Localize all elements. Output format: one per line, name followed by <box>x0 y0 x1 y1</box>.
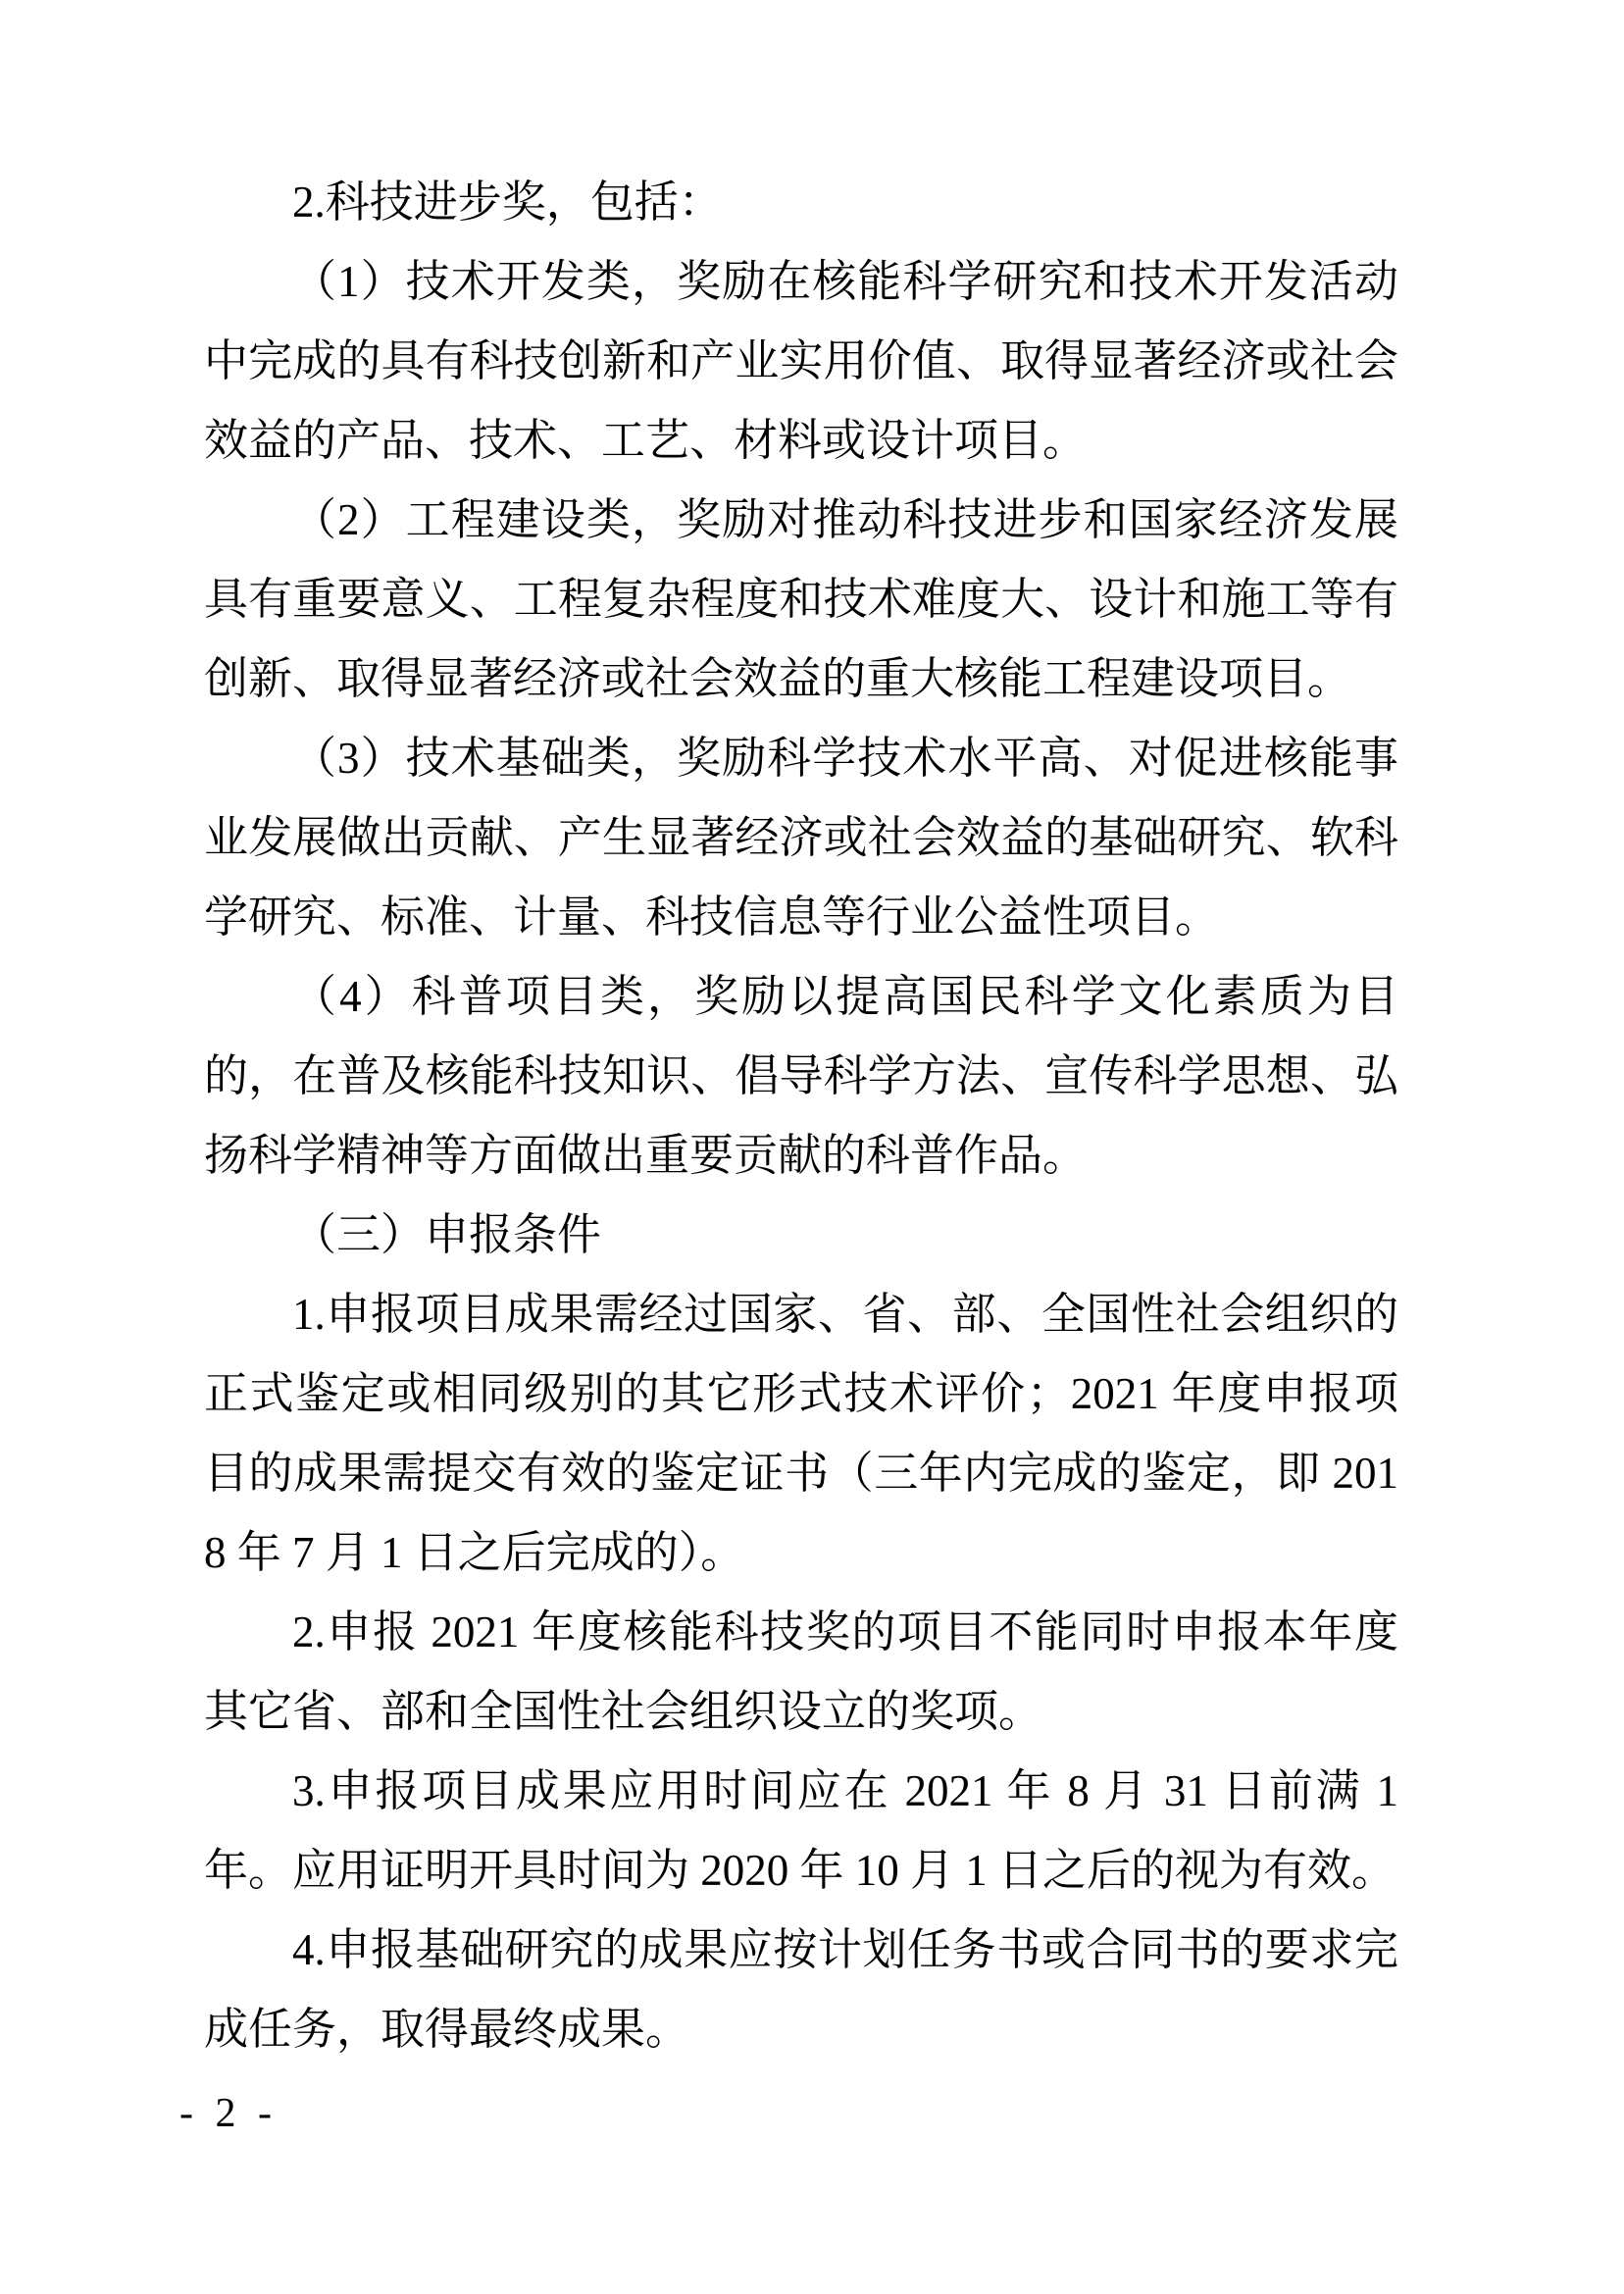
document-page: 2.科技进步奖，包括： （1）技术开发类，奖励在核能科学研究和技术开发活动中完成… <box>0 0 1624 2294</box>
paragraph-category-2-engineering: （2）工程建设类，奖励对推动科技进步和国家经济发展具有重要意义、工程复杂程度和技… <box>204 481 1398 719</box>
paragraph-condition-3: 3.申报项目成果应用时间应在 2021 年 8 月 31 日前满 1 年。应用证… <box>204 1752 1398 1911</box>
paragraph-category-1-tech-development: （1）技术开发类，奖励在核能科学研究和技术开发活动中完成的具有科技创新和产业实用… <box>204 242 1398 481</box>
paragraph-condition-2: 2.申报 2021 年度核能科技奖的项目不能同时申报本年度其它省、部和全国性社会… <box>204 1593 1398 1752</box>
document-body: 2.科技进步奖，包括： （1）技术开发类，奖励在核能科学研究和技术开发活动中完成… <box>204 163 1398 2069</box>
page-number: - 2 - <box>179 2087 278 2140</box>
paragraph-condition-4: 4.申报基础研究的成果应按计划任务书或合同书的要求完成任务，取得最终成果。 <box>204 1911 1398 2069</box>
paragraph-award-type-heading: 2.科技进步奖，包括： <box>204 163 1398 242</box>
paragraph-category-4-science-popularization: （4）科普项目类，奖励以提高国民科学文化素质为目的，在普及核能科技知识、倡导科学… <box>204 957 1398 1196</box>
section-heading-application-conditions: （三）申报条件 <box>204 1196 1398 1275</box>
paragraph-category-3-technical-basis: （3）技术基础类，奖励科学技术水平高、对促进核能事业发展做出贡献、产生显著经济或… <box>204 719 1398 957</box>
paragraph-condition-1: 1.申报项目成果需经过国家、省、部、全国性社会组织的正式鉴定或相同级别的其它形式… <box>204 1275 1398 1593</box>
